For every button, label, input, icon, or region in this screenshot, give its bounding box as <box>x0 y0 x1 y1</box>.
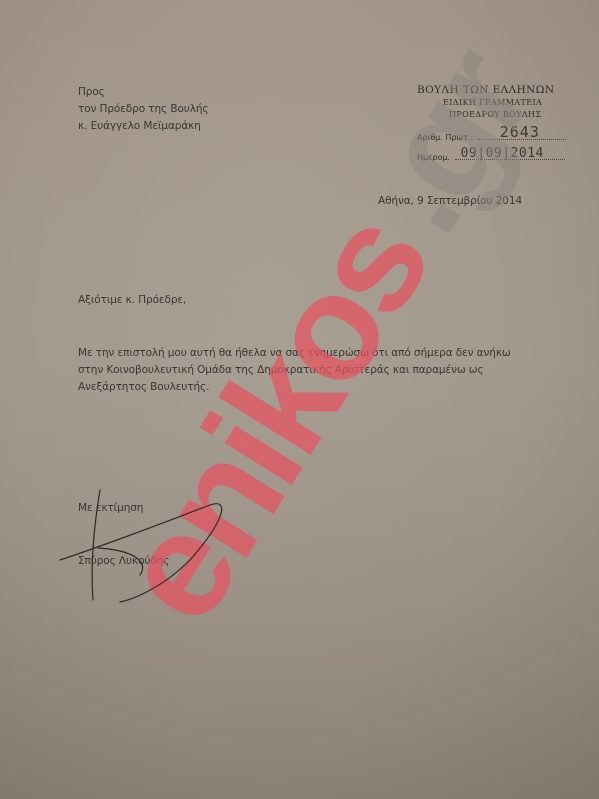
body-line: Ανεξάρτητος Βουλευτής. <box>78 379 511 396</box>
date-row: Ημερομ. 09|09|2014 <box>417 150 565 162</box>
body-line: στην Κοινοβουλευτική Ομάδα της Δημοκρατι… <box>78 362 511 379</box>
salutation: Αξιότιμε κ. Πρόεδρε, <box>78 292 186 309</box>
stamp-title: ΒΟΥΛΗ ΤΩΝ ΕΛΛΗΝΩΝ <box>417 84 554 96</box>
recipient-line: τον Πρόεδρο της Βουλής <box>78 101 208 118</box>
protocol-number-row: Αριθμ. Πρωτ.: 2643 <box>417 130 566 142</box>
recipient-block: Προς τον Πρόεδρο της Βουλής κ. Ευάγγελο … <box>78 84 208 135</box>
date-field: 09|09|2014 <box>455 150 565 160</box>
watermark-red-text: enikos <box>84 187 460 649</box>
date-label: Ημερομ. <box>417 153 450 162</box>
signer-name: Σπύρος Λυκούδης <box>78 553 169 570</box>
protocol-label: Αριθμ. Πρωτ.: <box>417 133 473 142</box>
body-line: Με την επιστολή μου αυτή θα ήθελα να σας… <box>78 345 511 362</box>
recipient-line: Προς <box>78 84 208 101</box>
stamp-subtitle: ΕΙΔΙΚΗ ΓΡΑΜΜΑΤΕΙΑ <box>443 98 542 107</box>
protocol-number: 2643 <box>500 123 540 141</box>
letter-body: Με την επιστολή μου αυτή θα ήθελα να σας… <box>78 345 511 396</box>
stamp-date: 09|09|2014 <box>461 146 544 161</box>
closing: Με εκτίμηση <box>78 500 143 517</box>
stamp-subtitle: ΠΡΟΕΔΡΟΥ ΒΟΥΛΗΣ <box>449 110 541 119</box>
recipient-line: κ. Ευάγγελο Μεϊμαράκη <box>78 118 208 135</box>
protocol-field: 2643 <box>478 130 566 140</box>
place-date: Αθήνα, 9 Σεπτεμβρίου 2014 <box>378 193 522 210</box>
